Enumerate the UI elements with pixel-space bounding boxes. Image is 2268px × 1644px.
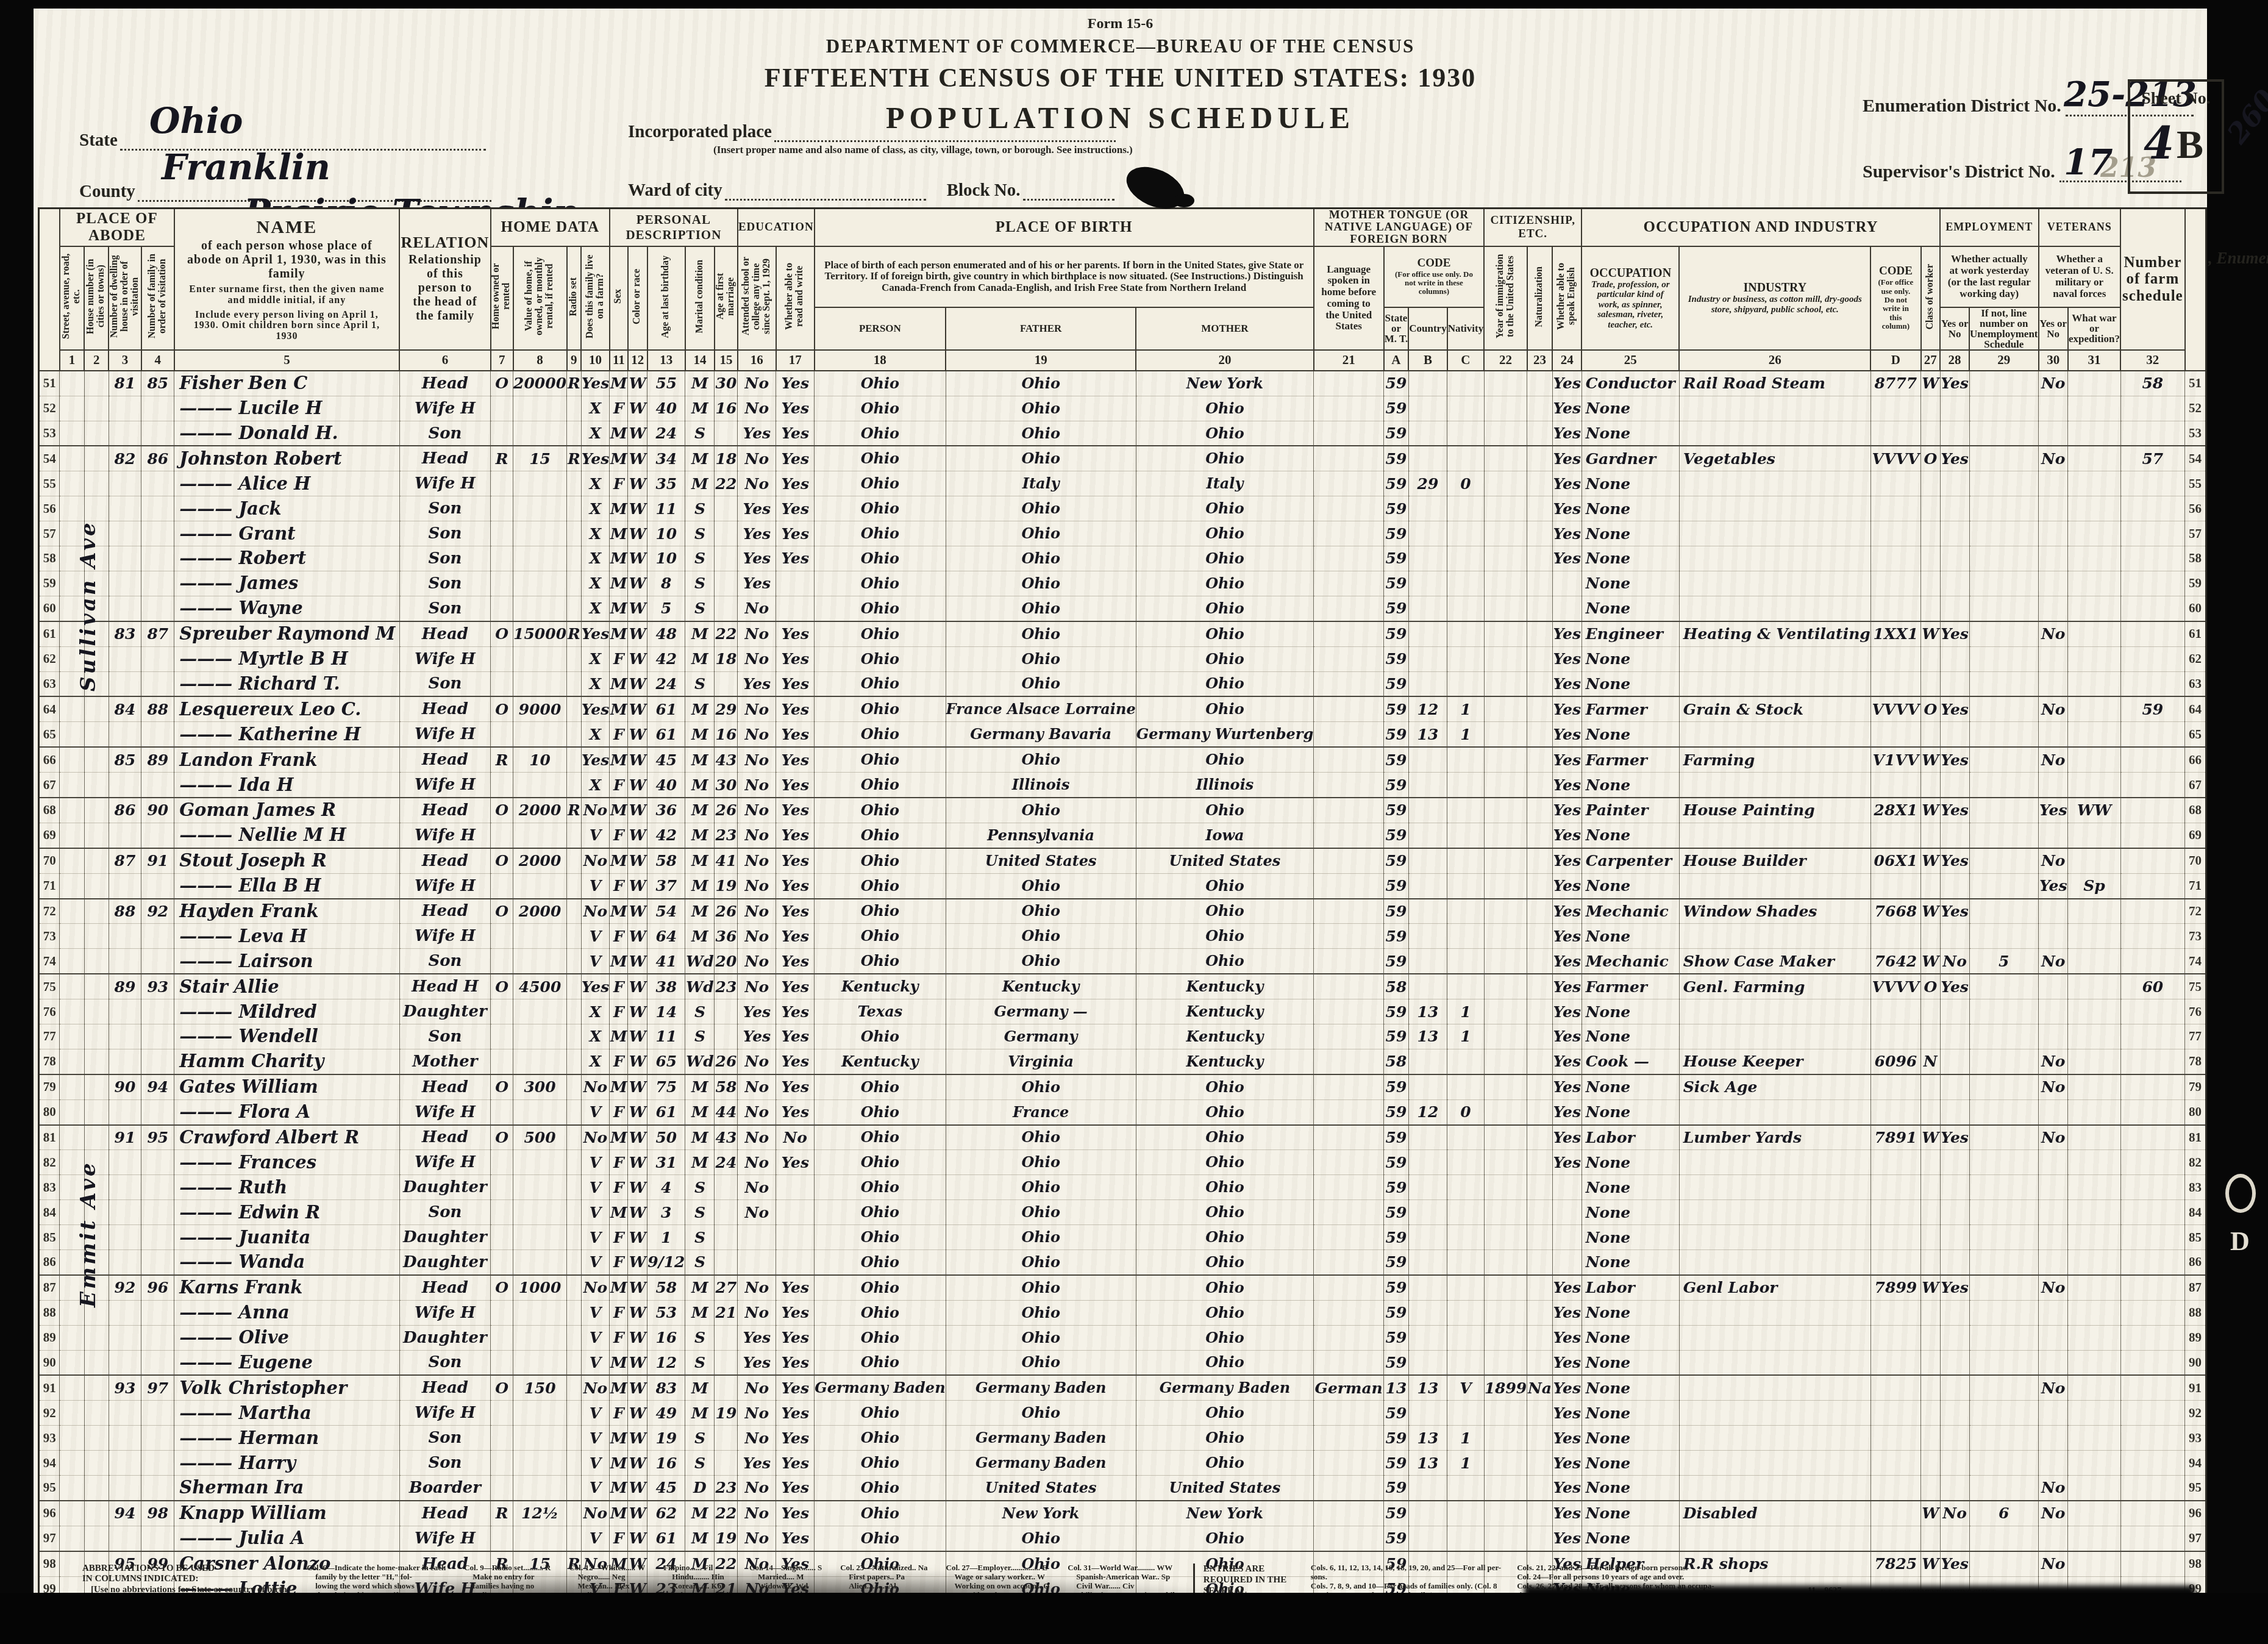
cell-race: W [628, 1451, 647, 1476]
cell-occupation: None [1582, 571, 1679, 596]
cell-industry [1679, 1451, 1870, 1476]
cell-imm_year [1484, 1200, 1527, 1225]
column-number: 8 [513, 350, 567, 371]
cell-bp_mother: Ohio [1136, 546, 1313, 571]
cell-farm_no [2120, 1099, 2185, 1124]
cell-race: W [628, 646, 647, 671]
cell-sex: M [610, 1375, 628, 1400]
cell-bp: Ohio [815, 848, 946, 873]
cell-value [513, 421, 567, 446]
cell-occupation: None [1582, 646, 1679, 671]
cell-school: No [738, 1049, 776, 1074]
cell-industry: Window Shades [1679, 899, 1870, 924]
cell-imm_year [1484, 924, 1527, 949]
cell-ln_l: 54 [39, 446, 60, 471]
cell-worker_class [1921, 1099, 1941, 1124]
cell-bp_father: Virginia [946, 1049, 1136, 1074]
cell-ln_r: 68 [2185, 798, 2206, 823]
cell-age: 9/12 [647, 1249, 685, 1274]
cell-family: 86 [141, 446, 174, 471]
cell-english: Yes [1552, 747, 1582, 772]
cell-code_d: VVVV [1870, 446, 1920, 471]
cell-family [141, 873, 174, 898]
cell-own [491, 722, 513, 747]
sheet-letter: B [2177, 122, 2203, 168]
cell-code_c: 1 [1447, 999, 1485, 1024]
cell-bp_father: Germany Bavaria [946, 722, 1136, 747]
cell-street [60, 999, 84, 1024]
cell-afm: 30 [715, 773, 738, 798]
cell-street [60, 873, 84, 898]
cell-race: W [628, 521, 647, 546]
table-row: 78Hamm CharityMotherXFW65Wd26NoYesKentuc… [39, 1049, 2206, 1074]
cell-dwelling [109, 924, 141, 949]
cell-farm_no [2120, 1300, 2185, 1325]
cell-age: 55 [647, 371, 685, 396]
cell-worker_class [1921, 924, 1941, 949]
cell-worker_class [1921, 773, 1941, 798]
cell-farm_no [2120, 1426, 2185, 1451]
cell-code_a: 59 [1384, 1501, 1409, 1526]
cell-occupation: None [1582, 471, 1679, 496]
cell-nat [1527, 1099, 1553, 1124]
cell-ln_l: 72 [39, 899, 60, 924]
cell-veteran: No [2039, 1375, 2068, 1400]
name-desc2: Enter surname first, then the given name… [175, 282, 399, 307]
cell-name: Volk Christopher [174, 1375, 399, 1400]
cell-nat [1527, 823, 1553, 848]
cell-value [513, 496, 567, 521]
column-number: 22 [1484, 350, 1527, 371]
cell-nat [1527, 1049, 1553, 1074]
cell-at_work: No [1940, 1501, 1969, 1526]
cell-code_a: 59 [1384, 924, 1409, 949]
cell-value: 300 [513, 1074, 567, 1099]
cell-industry [1679, 671, 1870, 696]
cell-own [491, 823, 513, 848]
cell-worker_class: N [1921, 1049, 1941, 1074]
cell-english [1552, 1200, 1582, 1225]
cell-nat [1527, 421, 1553, 446]
cell-at_work: Yes [1940, 899, 1969, 924]
cell-marital: S [685, 546, 715, 571]
cell-afm [715, 1024, 738, 1049]
column-number: 1 [60, 350, 84, 371]
cell-nat [1527, 671, 1553, 696]
cell-industry [1679, 1401, 1870, 1426]
cell-occupation: Farmer [1582, 747, 1679, 772]
cell-value [513, 1225, 567, 1250]
cell-age: 45 [647, 747, 685, 772]
cell-ln_l: 90 [39, 1350, 60, 1375]
table-row: 53——— Donald H.SonXMW24SYesYesOhioOhioOh… [39, 421, 2206, 446]
cell-afm: 19 [715, 1401, 738, 1426]
cell-sex: F [610, 773, 628, 798]
cell-own [491, 546, 513, 571]
cell-nat: Na [1527, 1375, 1553, 1400]
cell-nat [1527, 1249, 1553, 1274]
cell-farm_no [2120, 1375, 2185, 1400]
cell-nat [1527, 571, 1553, 596]
cell-ln_l: 56 [39, 496, 60, 521]
cell-farm_no [2120, 646, 2185, 671]
cell-bp: Ohio [815, 1150, 946, 1175]
cell-industry: House Painting [1679, 798, 1870, 823]
cell-radio [567, 773, 582, 798]
cell-sex: F [610, 1175, 628, 1200]
cell-marital: M [685, 1125, 715, 1150]
cell-school: No [738, 899, 776, 924]
cell-family [141, 1325, 174, 1350]
cell-code_c [1447, 1275, 1485, 1300]
cell-dwelling [109, 1049, 141, 1074]
cell-code_c [1447, 798, 1485, 823]
cell-code_a: 59 [1384, 1401, 1409, 1426]
cell-war [2068, 773, 2120, 798]
cell-industry [1679, 496, 1870, 521]
cell-family [141, 546, 174, 571]
cell-at_work [1940, 671, 1969, 696]
cell-industry: House Keeper [1679, 1049, 1870, 1074]
cell-farm: V [581, 949, 610, 974]
cell-tongue [1314, 621, 1384, 646]
cell-english [1552, 1249, 1582, 1274]
cell-value [513, 1426, 567, 1451]
cell-nat [1527, 1125, 1553, 1150]
cell-english: Yes [1552, 1125, 1582, 1150]
cell-family [141, 999, 174, 1024]
cell-race: W [628, 1476, 647, 1501]
cell-name: ——— Leva H [174, 924, 399, 949]
cell-radio [567, 1526, 582, 1551]
cell-relation: Daughter [399, 999, 491, 1024]
cell-sex: F [610, 1300, 628, 1325]
cell-unemp_line [1969, 1249, 2038, 1274]
cell-school: Yes [738, 1451, 776, 1476]
cell-code_a: 59 [1384, 1074, 1409, 1099]
cell-school: Yes [738, 521, 776, 546]
cell-code_d: 7891 [1870, 1125, 1920, 1150]
cell-bp_father: Germany Baden [946, 1426, 1136, 1451]
cell-marital: S [685, 1325, 715, 1350]
cell-imm_year [1484, 974, 1527, 999]
cell-code_c [1447, 1476, 1485, 1501]
cell-industry [1679, 546, 1870, 571]
cell-industry [1679, 1225, 1870, 1250]
cell-bp_father: Ohio [946, 1275, 1136, 1300]
cell-family [141, 1099, 174, 1124]
cell-bp_father: Ohio [946, 396, 1136, 421]
state-value: Ohio [149, 100, 243, 141]
cell-relation: Son [399, 1200, 491, 1225]
census-table: PLACE OF ABODE NAME of each person whose… [38, 207, 2207, 1628]
column-number: 17 [776, 350, 815, 371]
cell-worker_class [1921, 823, 1941, 848]
cell-imm_year [1484, 496, 1527, 521]
cell-family [141, 1200, 174, 1225]
cell-bp_father: Ohio [946, 1150, 1136, 1175]
cell-name: ——— Olive [174, 1325, 399, 1350]
cell-unemp_line [1969, 1526, 2038, 1551]
cell-age: 61 [647, 722, 685, 747]
cell-code_c [1447, 1074, 1485, 1099]
cell-age: 83 [647, 1375, 685, 1400]
cell-family [141, 1401, 174, 1426]
cell-ln_r: 87 [2185, 1275, 2206, 1300]
cell-house [84, 899, 109, 924]
cell-imm_year [1484, 1125, 1527, 1150]
table-row: 57——— GrantSonXMW10SYesYesOhioOhioOhio59… [39, 521, 2206, 546]
table-row: 84——— Edwin RSonVMW3SNoOhioOhioOhio59Non… [39, 1200, 2206, 1225]
cell-veteran: No [2039, 1125, 2068, 1150]
cell-occupation: None [1582, 596, 1679, 621]
cell-ln_l: 60 [39, 596, 60, 621]
cell-code_d [1870, 1074, 1920, 1099]
cell-own: O [491, 1275, 513, 1300]
cell-sex: M [610, 1501, 628, 1526]
cell-read: Yes [776, 1350, 815, 1375]
cell-imm_year [1484, 1501, 1527, 1526]
cell-name: ——— Ida H [174, 773, 399, 798]
cell-ln_r: 91 [2185, 1375, 2206, 1400]
cell-marital: M [685, 646, 715, 671]
cell-bp_mother: Ohio [1136, 596, 1313, 621]
cell-at_work [1940, 1325, 1969, 1350]
cell-read: Yes [776, 823, 815, 848]
cell-read: Yes [776, 1049, 815, 1074]
cell-unemp_line [1969, 446, 2038, 471]
cell-race: W [628, 1024, 647, 1049]
cell-code_a: 59 [1384, 671, 1409, 696]
cell-age: 48 [647, 621, 685, 646]
cell-farm: X [581, 521, 610, 546]
group-education: EDUCATION [738, 209, 815, 246]
cell-race: W [628, 596, 647, 621]
cell-house [84, 798, 109, 823]
cell-marital: M [685, 471, 715, 496]
cell-school: No [738, 1501, 776, 1526]
cell-farm: V [581, 924, 610, 949]
cell-bp_mother: Ohio [1136, 1200, 1313, 1225]
cell-race: W [628, 1426, 647, 1451]
cell-value [513, 873, 567, 898]
cell-name: ——— Robert [174, 546, 399, 571]
cell-family: 96 [141, 1275, 174, 1300]
cell-marital: M [685, 1501, 715, 1526]
cell-nat [1527, 1401, 1553, 1426]
cell-tongue [1314, 1150, 1384, 1175]
cell-bp_mother: Ohio [1136, 696, 1313, 721]
cell-ln_l: 73 [39, 924, 60, 949]
cell-age: 40 [647, 396, 685, 421]
cell-occupation: Painter [1582, 798, 1679, 823]
cell-imm_year [1484, 571, 1527, 596]
employment-yes-no-header: Yes or No [1940, 307, 1969, 350]
cell-farm_no [2120, 1275, 2185, 1300]
cell-war [2068, 646, 2120, 671]
cell-veteran [2039, 521, 2068, 546]
cell-imm_year [1484, 1150, 1527, 1175]
cell-imm_year [1484, 1249, 1527, 1274]
cell-english: Yes [1552, 899, 1582, 924]
table-row: 708791Stout Joseph RHeadO2000NoMW58M41No… [39, 848, 2206, 873]
cell-farm_no [2120, 1074, 2185, 1099]
cell-name: ——— Harry [174, 1451, 399, 1476]
cell-occupation: None [1582, 823, 1679, 848]
cell-marital: M [685, 773, 715, 798]
cell-dwelling [109, 1476, 141, 1501]
cell-code_b [1408, 521, 1447, 546]
cell-unemp_line [1969, 671, 2038, 696]
cell-ln_r: 62 [2185, 646, 2206, 671]
cell-industry [1679, 571, 1870, 596]
cell-bp_father: Kentucky [946, 974, 1136, 999]
cell-relation: Head [399, 446, 491, 471]
cell-ln_l: 58 [39, 546, 60, 571]
cell-sex: M [610, 1451, 628, 1476]
cell-read: Yes [776, 1526, 815, 1551]
cell-industry: Genl Labor [1679, 1275, 1870, 1300]
cell-code_a: 59 [1384, 546, 1409, 571]
cell-occupation: Conductor [1582, 371, 1679, 396]
cell-tongue [1314, 1175, 1384, 1200]
cell-code_a: 59 [1384, 1125, 1409, 1150]
cell-code_d [1870, 496, 1920, 521]
cell-sex: M [610, 848, 628, 873]
cell-code_c [1447, 1125, 1485, 1150]
ward-line [725, 178, 926, 201]
cell-unemp_line [1969, 1099, 2038, 1124]
cell-ln_r: 60 [2185, 596, 2206, 621]
cell-own [491, 1451, 513, 1476]
cell-unemp_line [1969, 722, 2038, 747]
cell-family [141, 773, 174, 798]
cell-bp: Ohio [815, 1125, 946, 1150]
cell-unemp_line [1969, 521, 2038, 546]
cell-bp: Ohio [815, 1024, 946, 1049]
cell-code_a: 59 [1384, 1426, 1409, 1451]
cell-ln_r: 65 [2185, 722, 2206, 747]
cell-code_b [1408, 1401, 1447, 1426]
cell-tongue [1314, 1225, 1384, 1250]
cell-code_b [1408, 899, 1447, 924]
cell-worker_class: W [1921, 949, 1941, 974]
cell-relation: Head [399, 1501, 491, 1526]
cell-bp: Ohio [815, 571, 946, 596]
cell-code_d [1870, 1476, 1920, 1501]
cell-code_c: 1 [1447, 1426, 1485, 1451]
cell-veteran [2039, 1175, 2068, 1200]
cell-value: 1000 [513, 1275, 567, 1300]
cell-race: W [628, 873, 647, 898]
cell-war [2068, 1225, 2120, 1250]
cell-at_work [1940, 1225, 1969, 1250]
cell-afm: 29 [715, 696, 738, 721]
cell-veteran [2039, 974, 2068, 999]
cell-ln_l: 76 [39, 999, 60, 1024]
cell-farm: No [581, 1275, 610, 1300]
cell-code_d [1870, 471, 1920, 496]
cell-own: O [491, 371, 513, 396]
cell-ln_r: 71 [2185, 873, 2206, 898]
cell-family: 90 [141, 798, 174, 823]
cell-unemp_line [1969, 974, 2038, 999]
cell-occupation: None [1582, 722, 1679, 747]
cell-age: 54 [647, 899, 685, 924]
cell-value: 15 [513, 446, 567, 471]
cell-english [1552, 1225, 1582, 1250]
cell-code_a: 59 [1384, 1300, 1409, 1325]
cell-code_d [1870, 1526, 1920, 1551]
cell-industry [1679, 823, 1870, 848]
cell-age: 42 [647, 646, 685, 671]
cell-industry [1679, 1249, 1870, 1274]
cell-relation: Son [399, 1451, 491, 1476]
cell-english: Yes [1552, 924, 1582, 949]
cell-afm [715, 571, 738, 596]
cell-occupation: None [1582, 1249, 1679, 1274]
cell-veteran [2039, 671, 2068, 696]
cell-bp_father: Ohio [946, 1300, 1136, 1325]
cell-race: W [628, 1526, 647, 1551]
cell-afm [715, 596, 738, 621]
cell-occupation: None [1582, 1225, 1679, 1250]
group-name: NAME of each person whose place of abode… [174, 209, 399, 350]
relation-title: RELATION [400, 234, 490, 252]
cell-afm: 27 [715, 1275, 738, 1300]
cell-name: ——— Lairson [174, 949, 399, 974]
cell-value [513, 1451, 567, 1476]
cell-afm: 18 [715, 646, 738, 671]
cell-sex: F [610, 924, 628, 949]
table-row: 94——— HarrySonVMW16SYesYesOhioGermany Ba… [39, 1451, 2206, 1476]
cell-marital: S [685, 421, 715, 446]
table-row: 879296Karns FrankHeadO1000NoMW58M27NoYes… [39, 1275, 2206, 1300]
cell-sex: M [610, 949, 628, 974]
cell-unemp_line [1969, 371, 2038, 396]
cell-marital: S [685, 596, 715, 621]
sheet-label: Sheet No. [2130, 89, 2222, 109]
cell-english: Yes [1552, 1426, 1582, 1451]
cell-street [60, 1375, 84, 1400]
cell-age: 24 [647, 671, 685, 696]
cell-nat [1527, 1275, 1553, 1300]
cell-farm_no [2120, 823, 2185, 848]
cell-house [84, 848, 109, 873]
cell-veteran [2039, 999, 2068, 1024]
cell-farm_no [2120, 899, 2185, 924]
cell-radio [567, 1049, 582, 1074]
cell-occupation: Engineer [1582, 621, 1679, 646]
cell-name: Stout Joseph R [174, 848, 399, 873]
cell-imm_year [1484, 1099, 1527, 1124]
cell-marital: S [685, 1024, 715, 1049]
cell-house [84, 696, 109, 721]
cell-occupation: Gardner [1582, 446, 1679, 471]
cell-war [2068, 1049, 2120, 1074]
cell-war [2068, 1200, 2120, 1225]
cell-imm_year [1484, 1526, 1527, 1551]
cell-family: 97 [141, 1375, 174, 1400]
cell-ln_r: 73 [2185, 924, 2206, 949]
column-number: 18 [815, 350, 946, 371]
cell-code_b [1408, 1150, 1447, 1175]
cell-marital: M [685, 446, 715, 471]
cell-name: ——— Wendell [174, 1024, 399, 1049]
cell-sex: F [610, 1225, 628, 1250]
cell-name: Johnston Robert [174, 446, 399, 471]
table-row: 92——— MarthaWife HVFW49M19NoYesOhioOhioO… [39, 1401, 2206, 1426]
